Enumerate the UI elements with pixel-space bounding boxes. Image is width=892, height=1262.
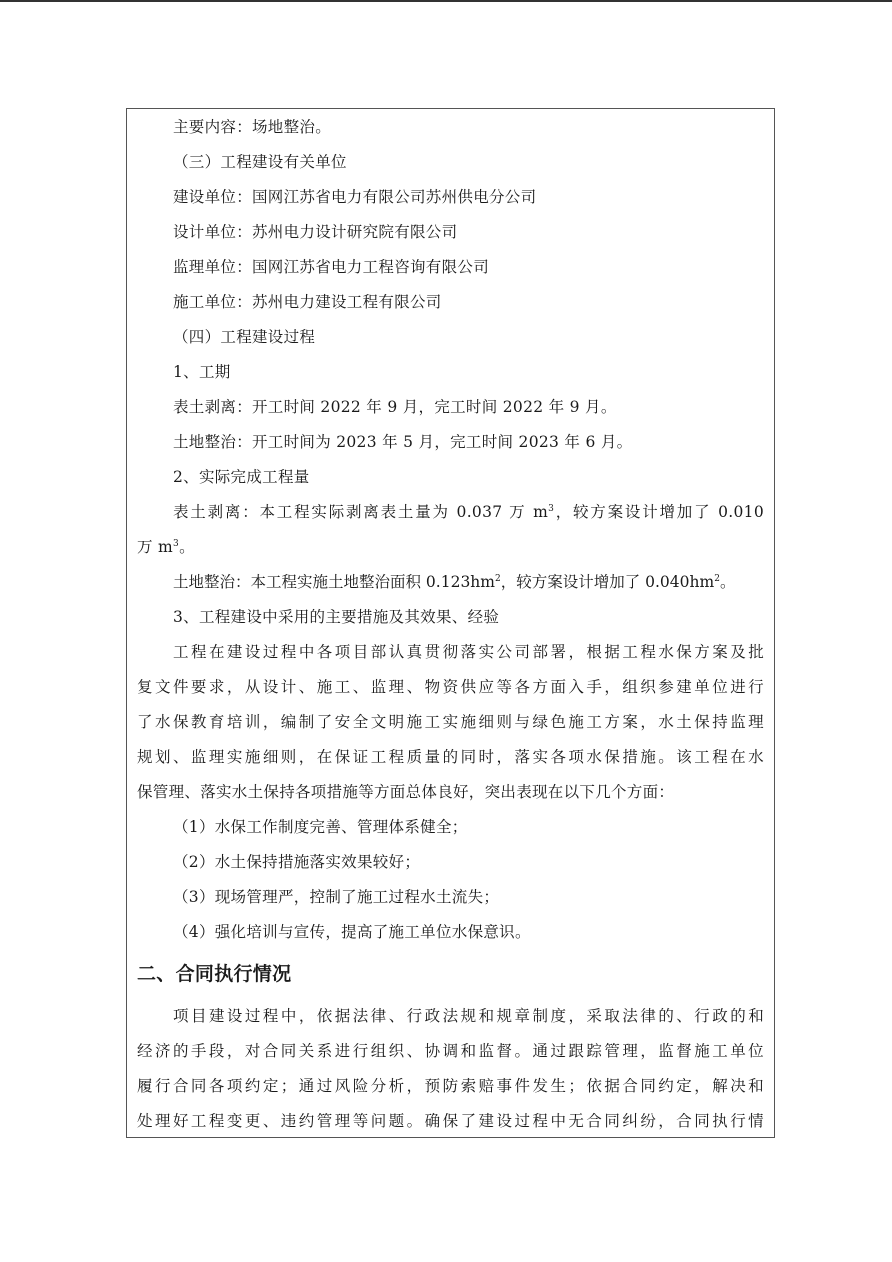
land-quantity-line: 土地整治：本工程实施土地整治面积 0.123hm2，较方案设计增加了 0.040… [127,572,774,592]
measures-para-line: 规划、监理实施细则，在保证工程质量的同时，落实各项水保措施。该工程在水 [127,747,774,767]
point-item: （2）水土保持措施落实效果较好； [127,852,774,872]
point-item: （1）水保工作制度完善、管理体系健全； [127,817,774,837]
measures-para-line: 复文件要求，从设计、施工、监理、物资供应等各方面入手，组织参建单位进行 [127,677,774,697]
supervision-unit: 监理单位：国网江苏省电力工程咨询有限公司 [127,257,774,277]
subsection-3-heading: （三）工程建设有关单位 [127,152,774,172]
contract-para-line: 项目建设过程中，依据法律、行政法规和规章制度，采取法律的、行政的和 [127,1006,774,1026]
subsection-4-heading: （四）工程建设过程 [127,327,774,347]
topsoil-quantity-line1: 表土剥离：本工程实际剥离表土量为 0.037 万 m3，较方案设计增加了 0.0… [127,502,774,522]
measures-para-line: 工程在建设过程中各项目部认真贯彻落实公司部署，根据工程水保方案及批 [127,642,774,662]
measures-para-line: 了水保教育培训，编制了安全文明施工实施细则与绿色施工方案，水土保持监理 [127,712,774,732]
document-frame: 主要内容：场地整治。 （三）工程建设有关单位 建设单位：国网江苏省电力有限公司苏… [126,108,775,1138]
design-unit: 设计单位：苏州电力设计研究院有限公司 [127,222,774,242]
contract-para-line: 经济的手段，对合同关系进行组织、协调和监督。通过跟踪管理，监督施工单位 [127,1041,774,1061]
contract-para-line: 处理好工程变更、违约管理等问题。确保了建设过程中无合同纠纷，合同执行情 [127,1111,774,1131]
schedule-heading: 1、工期 [127,362,774,382]
quantity-heading: 2、实际完成工程量 [127,467,774,487]
contract-para-line: 履行合同各项约定；通过风险分析，预防索赔事件发生；依据合同约定，解决和 [127,1076,774,1096]
section-2-heading: 二、合同执行情况 [127,962,774,986]
measures-heading: 3、工程建设中采用的主要措施及其效果、经验 [127,607,774,627]
topsoil-quantity-line2: 万 m3。 [127,537,774,557]
land-schedule: 土地整治：开工时间为 2023 年 5 月，完工时间 2023 年 6 月。 [127,432,774,452]
point-item: （3）现场管理严，控制了施工过程水土流失； [127,887,774,907]
page-top-rule [0,0,892,2]
contractor-unit: 施工单位：苏州电力建设工程有限公司 [127,292,774,312]
point-item: （4）强化培训与宣传，提高了施工单位水保意识。 [127,922,774,942]
measures-para-line: 保管理、落实水土保持各项措施等方面总体良好，突出表现在以下几个方面： [127,782,774,802]
main-content-line: 主要内容：场地整治。 [127,117,774,137]
topsoil-schedule: 表土剥离：开工时间 2022 年 9 月，完工时间 2022 年 9 月。 [127,397,774,417]
construction-unit: 建设单位：国网江苏省电力有限公司苏州供电分公司 [127,187,774,207]
